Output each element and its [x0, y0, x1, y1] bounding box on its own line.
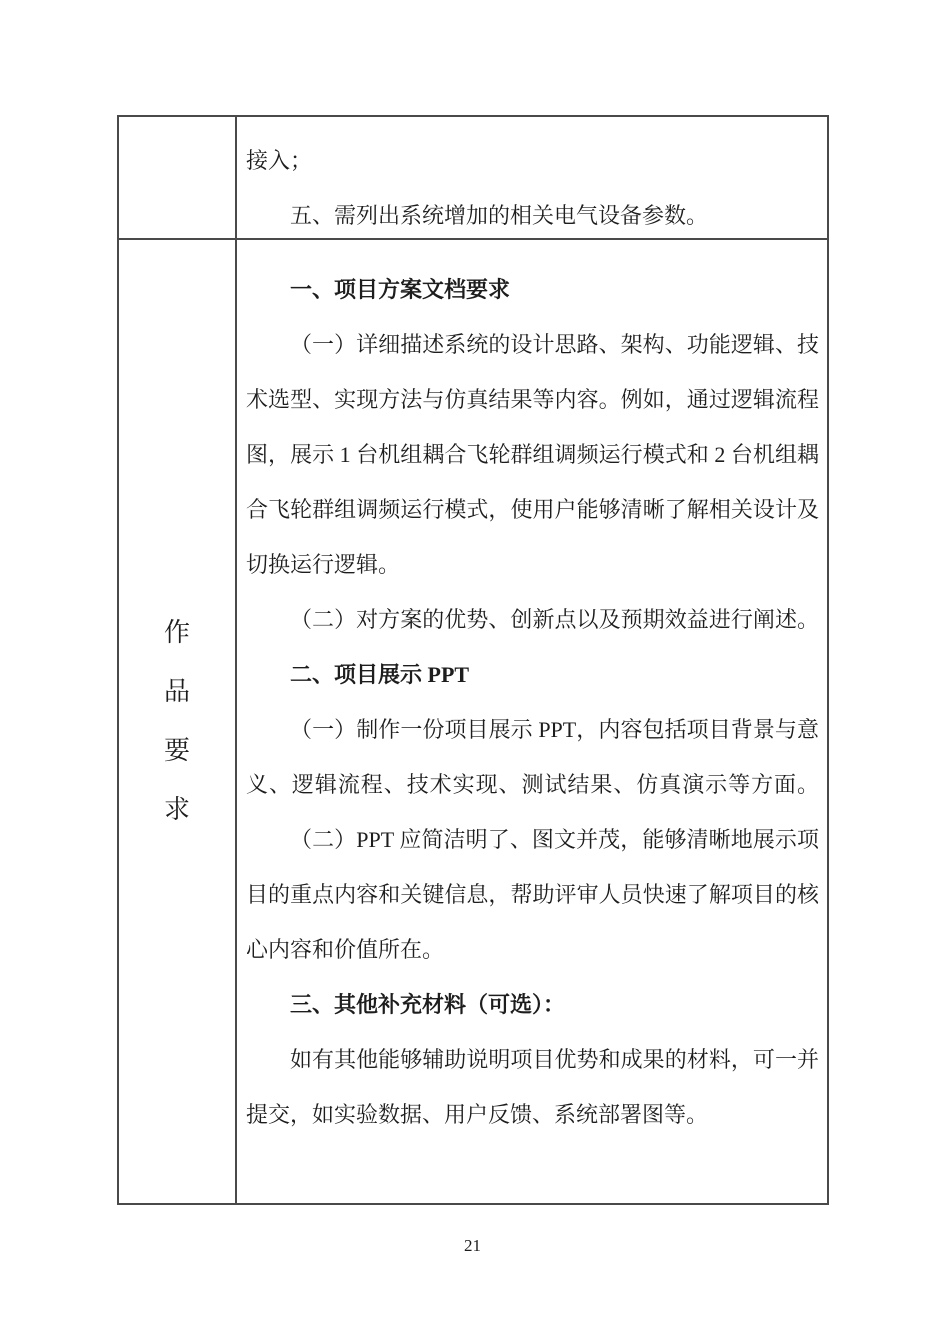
text-line: （一）详细描述系统的设计思路、架构、功能逻辑、技 [246, 317, 819, 372]
text-line: 图，展示 1 台机组耦合飞轮群组调频运行模式和 2 台机组耦 [246, 427, 819, 482]
text-line: 如有其他能够辅助说明项目优势和成果的材料，可一并 [246, 1032, 819, 1087]
table-cell-row2-header: 作 品 要 求 [119, 240, 237, 1203]
text-line: 义、逻辑流程、技术实现、测试结果、仿真演示等方面。 [246, 757, 819, 812]
text-line: （一）制作一份项目展示 PPT，内容包括项目背景与意 [246, 702, 819, 757]
text-line: （二）对方案的优势、创新点以及预期效益进行阐述。 [246, 592, 819, 647]
text-line: 五、需列出系统增加的相关电气设备参数。 [246, 188, 819, 240]
document-page: 接入； 五、需列出系统增加的相关电气设备参数。 作 品 要 求 一、项目方案文档… [0, 0, 945, 1336]
text-line: 提交，如实验数据、用户反馈、系统部署图等。 [246, 1087, 819, 1142]
section-heading: 二、项目展示 PPT [246, 647, 819, 702]
section-heading: 三、其他补充材料（可选）： [246, 977, 819, 1032]
table-cell-row1-content: 接入； 五、需列出系统增加的相关电气设备参数。 [237, 117, 827, 240]
requirements-table: 接入； 五、需列出系统增加的相关电气设备参数。 作 品 要 求 一、项目方案文档… [117, 115, 829, 1205]
text-line: 接入； [246, 133, 819, 188]
text-line: 术选型、实现方法与仿真结果等内容。例如，通过逻辑流程 [246, 372, 819, 427]
text-line: 心内容和价值所在。 [246, 922, 819, 977]
table-cell-row2-content: 一、项目方案文档要求 （一）详细描述系统的设计思路、架构、功能逻辑、技 术选型、… [237, 240, 827, 1203]
table-cell-row1-header-empty [119, 117, 237, 240]
row-header-char: 品 [164, 679, 190, 705]
row-header-char: 作 [164, 620, 190, 646]
text-line: 切换运行逻辑。 [246, 537, 819, 592]
text-line: 目的重点内容和关键信息，帮助评审人员快速了解项目的核 [246, 867, 819, 922]
text-line: （二）PPT 应简洁明了、图文并茂，能够清晰地展示项 [246, 812, 819, 867]
text-line: 合飞轮群组调频运行模式，使用户能够清晰了解相关设计及 [246, 482, 819, 537]
page-number: 21 [0, 1236, 945, 1256]
section-heading: 一、项目方案文档要求 [246, 262, 819, 317]
row-header-char: 求 [164, 797, 190, 823]
row-header-char: 要 [164, 738, 190, 764]
